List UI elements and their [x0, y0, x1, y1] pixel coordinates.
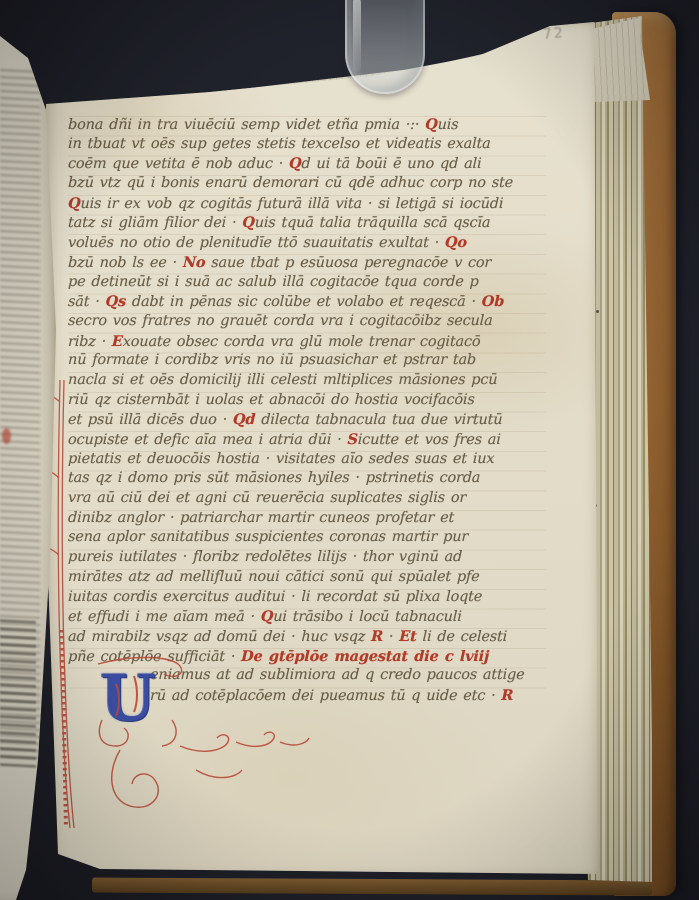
text-segment: ocupiste et defic aīa mea i atria dūi · [68, 432, 348, 448]
text-segment: sāt · [68, 294, 106, 310]
facing-page-red-mark [2, 428, 11, 444]
text-segment: tatz si gliām filior dei · [68, 215, 243, 231]
text-segment: rū ad cotēplacōem dei pueamus tū q uide … [150, 688, 502, 704]
facing-page-dark-text [0, 619, 36, 771]
text-segment: nacla si et oēs domicilij illi celesti m… [68, 372, 498, 388]
text-segment: secro vos fratres no grauēt corda vra i … [68, 313, 493, 329]
text-segment: bzū nob ls ee · [68, 255, 183, 271]
text-segment: iuitas cordis exercitus auditui · li rec… [68, 589, 483, 605]
text-segment: ui trāsibo i locū tabnaculi [273, 609, 462, 625]
text-segment: pietatis et deuocōis hostia · visitates … [68, 451, 495, 467]
plastic-strap [345, 0, 425, 94]
manuscript-line: sāt · Qs dabt in pēnas sic colūbe et vol… [68, 293, 547, 313]
text-segment: sena aplor sanitatibus suspicientes coro… [68, 529, 469, 545]
folio-number: 72 [542, 25, 565, 43]
text-segment: xouate obsec corda vra glū mole trenar c… [123, 334, 481, 350]
text-segment: d ui tā boūi ē uno qd ali [301, 156, 482, 172]
manuscript-line: tatz si gliām filior dei · Quis tquā tal… [68, 214, 547, 234]
text-segment: et psū illā dicēs duo · [68, 412, 233, 428]
manuscript-line: bzū vtz qū i bonis enarū demorari cū qdē… [68, 175, 547, 195]
text-segment: tas qz i domo pris sūt māsiones hyiles ·… [68, 470, 481, 486]
text-segment: voluēs no otio de plenitudīe ttō suauita… [68, 235, 445, 251]
text-segment: et effudi i me aīam meā · [68, 609, 261, 625]
manuscript-line: ribz · Exouate obsec corda vra glū mole … [68, 333, 547, 353]
rubric-segment: Qo [445, 234, 467, 251]
manuscript-line: iuitas cordis exercitus auditui · li rec… [68, 589, 547, 609]
text-segment: in tbuat vt oēs sup getes stetis texcels… [68, 136, 491, 152]
manuscript-line: coēm que vetita ē nob aduc · Qd ui tā bo… [68, 155, 547, 175]
manuscript-line: in tbuat vt oēs sup getes stetis texcels… [68, 136, 547, 156]
text-segment: uis ir ex vob qz cogitās futurā illā vit… [80, 196, 503, 212]
wormhole-dot [596, 310, 599, 313]
manuscript-line: voluēs no otio de plenitudīe ttō suauita… [68, 234, 547, 254]
book-cover-bottom-edge [92, 878, 652, 896]
text-segment: li de celesti [416, 629, 507, 645]
manuscript-line: tas qz i domo pris sūt māsiones hyiles ·… [68, 470, 547, 490]
manuscript-line: rū ad cotēplacōem dei pueamus tū q uide … [150, 687, 547, 707]
manuscript-line: ocupiste et defic aīa mea i atria dūi · … [68, 431, 547, 451]
text-segment: riū qz cisternbāt i uolas et abnacōi do … [68, 392, 475, 408]
manuscript-line: pureis iutilates · floribz redolētes lil… [68, 549, 547, 569]
manuscript-line: ad mirabilz vsqz ad domū dei · huc vsqz … [68, 628, 547, 648]
text-segment: uis [437, 117, 458, 133]
manuscript-line: dinibz anglor · patriarchar martir cuneo… [68, 510, 547, 530]
manuscript-line: eniamus at ad sublimiora ad q credo pauc… [150, 667, 547, 687]
manuscript-line: et effudi i me aīam meā · Qui trāsibo i … [68, 608, 547, 628]
text-segment: mirātes atz ad mellifluū noui cātici son… [68, 569, 480, 585]
initial-letter: U [100, 660, 156, 738]
rubric-segment: De gtēplōe magestat die c lviij [241, 648, 489, 665]
text-segment: vra aū ciū dei et agni cū reuerēcia supl… [68, 490, 467, 506]
manuscript-line: mirātes atz ad mellifluū noui cātici son… [68, 569, 547, 589]
text-segment: uis tquā talia trāquilla scā qscīa [254, 215, 490, 231]
text-segment: bzū vtz qū i bonis enarū demorari cū qdē… [68, 175, 514, 191]
manuscript-line: vra aū ciū dei et agni cū reuerēcia supl… [68, 490, 547, 510]
text-segment: icutte et vos fres ai [357, 432, 501, 448]
manuscript-line: pietatis et deuocōis hostia · visitates … [68, 451, 547, 471]
text-segment: bona dñi in tra viuēciū semp videt etña … [68, 117, 426, 133]
rubric-segment: Q [68, 195, 81, 212]
text-segment: dilecta tabnacula tua due virtutū [255, 412, 503, 428]
rubric-segment: Q [242, 214, 255, 231]
text-segment: pe detineūt si i suā ac salub illā cogit… [68, 274, 479, 290]
text-segment: ribz · [68, 334, 112, 350]
text-segment: eniamus at ad sublimiora ad q credo pauc… [150, 667, 525, 683]
rubric-segment: E [112, 333, 123, 350]
manuscript-line: et psū illā dicēs duo · Qd dilecta tabna… [68, 411, 547, 431]
manuscript-line: bona dñi in tra viuēciū semp videt etña … [68, 116, 547, 136]
text-segment: ad mirabilz vsqz ad domū dei · huc vsqz [68, 629, 372, 645]
rubric-segment: S [347, 431, 358, 448]
manuscript-line: bzū nob ls ee · No saue tbat p esūuosa p… [68, 254, 547, 274]
rubric-segment: Q [425, 116, 438, 133]
text-segment: coēm que vetita ē nob aduc · [68, 156, 290, 172]
manuscript-line: secro vos fratres no grauēt corda vra i … [68, 313, 547, 333]
text-segment: dinibz anglor · patriarchar martir cuneo… [68, 510, 455, 526]
manuscript-photo: 72 bona dñi in tra viuēciū semp videt et… [0, 0, 699, 900]
rubric-segment: No [183, 254, 206, 271]
manuscript-line: Quis ir ex vob qz cogitās futurā illā vi… [68, 195, 547, 215]
text-segment: dabt in pēnas sic colūbe et volabo et re… [126, 294, 482, 310]
decorated-initial: U [90, 658, 170, 748]
rubric-segment: Et [399, 628, 417, 645]
rubric-segment: Ob [482, 293, 505, 310]
manuscript-line: pe detineūt si i suā ac salub illā cogit… [68, 274, 547, 294]
text-segment: saue tbat p esūuosa peregnacōe v cor [205, 255, 491, 271]
manuscript-line: sena aplor sanitatibus suspicientes coro… [68, 529, 547, 549]
rubric-segment: Qs [105, 293, 126, 310]
manuscript-page: 72 bona dñi in tra viuēciū semp videt et… [38, 18, 600, 880]
text-block: bona dñi in tra viuēciū semp videt etña … [68, 116, 546, 707]
manuscript-line: riū qz cisternbāt i uolas et abnacōi do … [68, 392, 547, 412]
rubric-segment: R [501, 687, 513, 704]
manuscript-line: nū formate i cordibz vris no iū psuasich… [68, 352, 547, 372]
rubric-segment: Qd [233, 411, 256, 428]
text-segment: · [383, 629, 400, 645]
text-segment: pureis iutilates · floribz redolētes lil… [68, 549, 463, 565]
rubric-segment: Q [261, 608, 274, 625]
rubric-segment: R [371, 628, 383, 645]
text-segment: nū formate i cordibz vris no iū psuasich… [68, 352, 477, 368]
manuscript-line: nacla si et oēs domicilij illi celesti m… [68, 372, 547, 392]
